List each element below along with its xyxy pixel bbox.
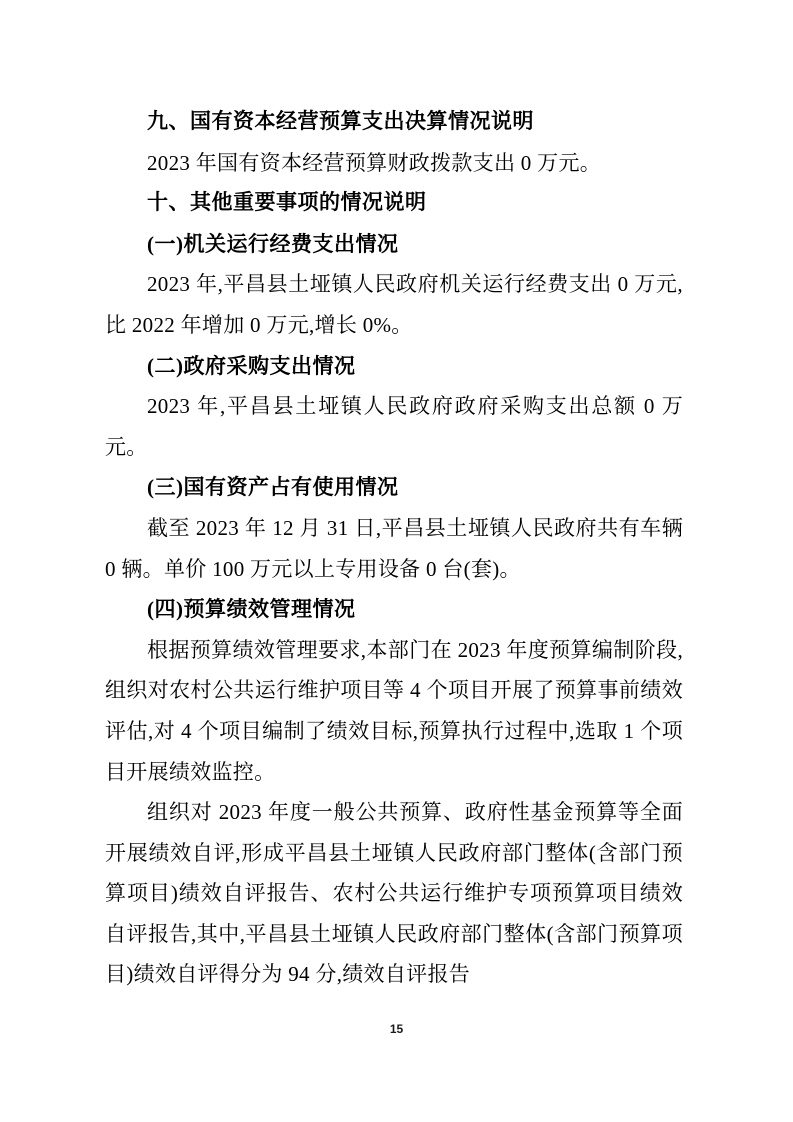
subheading-2-government-procurement: (二)政府采购支出情况 (105, 346, 683, 387)
document-content: 九、国有资本经营预算支出决算情况说明 2023 年国有资本经营预算财政拨款支出 … (105, 102, 683, 995)
paragraph-government-procurement: 2023 年,平昌县土垭镇人民政府政府采购支出总额 0 万元。 (105, 386, 683, 467)
subheading-3-state-assets-usage: (三)国有资产占有使用情况 (105, 467, 683, 508)
heading-section-9-state-capital-budget: 九、国有资本经营预算支出决算情况说明 (105, 102, 683, 143)
page-number: 15 (0, 1022, 793, 1036)
subheading-4-budget-performance: (四)预算绩效管理情况 (105, 589, 683, 630)
paragraph-agency-operating-expense: 2023 年,平昌县土垭镇人民政府机关运行经费支出 0 万元,比 2022 年增… (105, 264, 683, 345)
document-page: 九、国有资本经营预算支出决算情况说明 2023 年国有资本经营预算财政拨款支出 … (0, 0, 793, 1122)
heading-section-10-other-important-items: 十、其他重要事项的情况说明 (105, 183, 683, 224)
paragraph-budget-performance-evaluation: 根据预算绩效管理要求,本部门在 2023 年度预算编制阶段,组织对农村公共运行维… (105, 630, 683, 792)
paragraph-state-assets-usage: 截至 2023 年 12 月 31 日,平昌县土垭镇人民政府共有车辆 0 辆。单… (105, 508, 683, 589)
subheading-1-agency-operating-expense: (一)机关运行经费支出情况 (105, 224, 683, 265)
paragraph-state-capital-budget: 2023 年国有资本经营预算财政拨款支出 0 万元。 (105, 143, 683, 184)
paragraph-budget-performance-self-review: 组织对 2023 年度一般公共预算、政府性基金预算等全面开展绩效自评,形成平昌县… (105, 792, 683, 995)
